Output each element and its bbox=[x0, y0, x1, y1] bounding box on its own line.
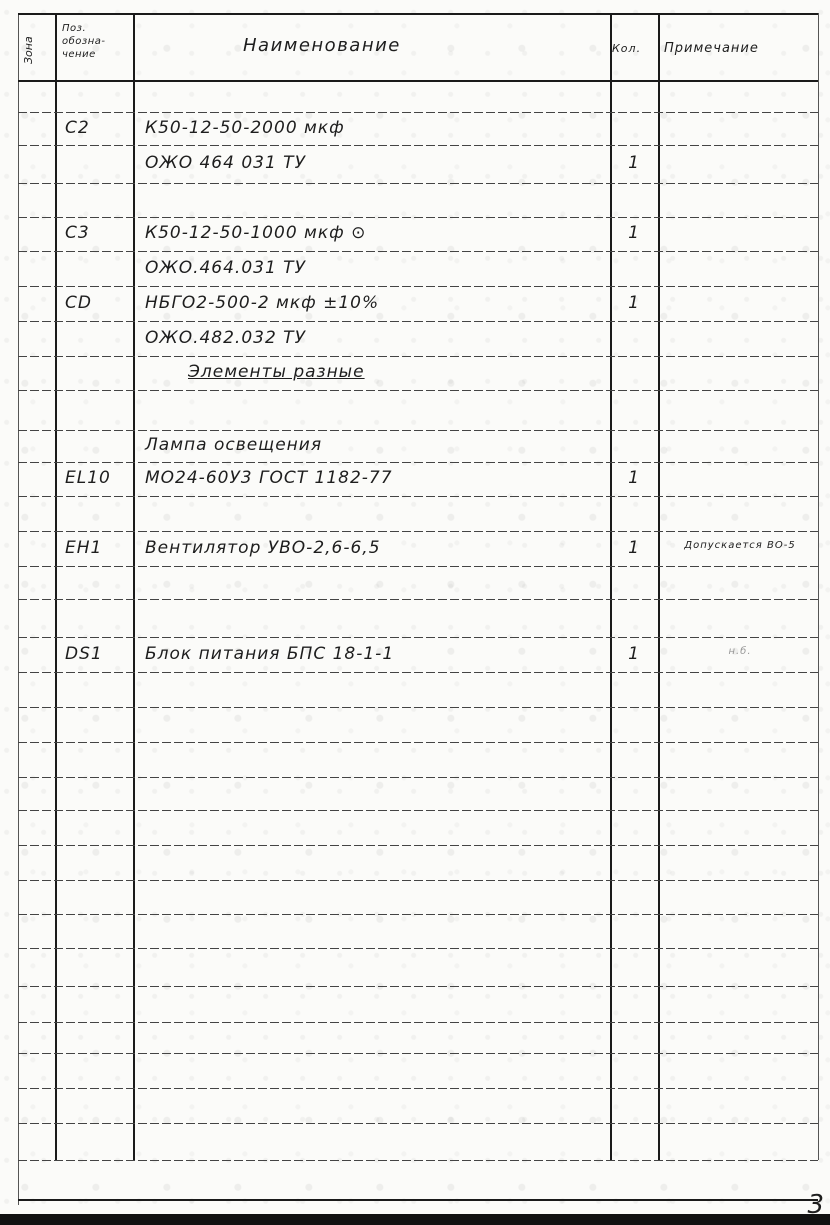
row-rule bbox=[18, 986, 818, 987]
row-rule bbox=[18, 217, 818, 218]
row-rule bbox=[18, 1053, 818, 1054]
header-note: Примечание bbox=[664, 41, 759, 56]
row-note: Допускается ВО-5 bbox=[660, 540, 820, 551]
header-position: Поз. обозна- чение bbox=[62, 22, 106, 61]
row-item-name: ОЖО.464.031 ТУ bbox=[145, 258, 306, 278]
row-rule bbox=[18, 637, 818, 638]
row-position-designation: C3 bbox=[65, 223, 90, 243]
row-rule bbox=[18, 183, 818, 184]
row-item-name: К50-12-50-2000 мкф bbox=[145, 118, 345, 138]
column-rule bbox=[55, 13, 57, 1160]
row-item-name: МО24-60У3 ГОСТ 1182-77 bbox=[145, 468, 393, 488]
specification-sheet: Зона Поз. обозна- чение Наименование Кол… bbox=[0, 0, 830, 1225]
row-position-designation: DS1 bbox=[65, 644, 103, 664]
row-rule bbox=[18, 462, 818, 463]
row-quantity: 1 bbox=[614, 644, 654, 664]
column-rule bbox=[658, 13, 660, 1160]
row-rule bbox=[18, 251, 818, 252]
row-rule bbox=[18, 1022, 818, 1023]
row-rule bbox=[18, 80, 818, 82]
scan-edge bbox=[0, 1214, 830, 1225]
row-rule bbox=[18, 390, 818, 391]
row-rule bbox=[18, 599, 818, 600]
row-position-designation: EL10 bbox=[65, 468, 111, 488]
row-rule bbox=[18, 1123, 818, 1124]
row-rule bbox=[18, 707, 818, 708]
row-quantity: 1 bbox=[614, 538, 654, 558]
row-position-designation: CD bbox=[65, 293, 92, 313]
row-rule bbox=[18, 777, 818, 778]
row-rule bbox=[18, 286, 818, 287]
row-rule bbox=[18, 948, 818, 949]
row-rule bbox=[18, 1160, 818, 1161]
row-rule bbox=[18, 356, 818, 357]
header-position-line-2: обозна- bbox=[62, 35, 106, 48]
row-item-name: НБГО2-500-2 мкф ±10% bbox=[145, 293, 379, 313]
row-rule bbox=[18, 531, 818, 532]
header-quantity: Кол. bbox=[612, 42, 641, 55]
row-item-name: Лампа освещения bbox=[145, 435, 322, 455]
row-rule bbox=[18, 1088, 818, 1089]
row-quantity: 1 bbox=[614, 468, 654, 488]
row-rule bbox=[18, 810, 818, 811]
header-name: Наименование bbox=[243, 35, 401, 56]
row-rule bbox=[18, 1199, 818, 1201]
row-position-designation: C2 bbox=[65, 118, 90, 138]
header-zone: Зона bbox=[22, 36, 35, 64]
row-item-name: К50-12-50-1000 мкф ⊙ bbox=[145, 223, 366, 243]
row-item-name: Вентилятор УВО-2,6-6,5 bbox=[145, 538, 381, 558]
header-position-line-3: чение bbox=[62, 48, 106, 61]
row-rule bbox=[18, 880, 818, 881]
row-item-name: Элементы разные bbox=[188, 362, 365, 382]
row-rule bbox=[18, 321, 818, 322]
row-item-name: ОЖО.482.032 ТУ bbox=[145, 328, 306, 348]
row-note: н.б. bbox=[660, 646, 820, 657]
row-rule bbox=[18, 672, 818, 673]
row-rule bbox=[18, 566, 818, 567]
row-rule bbox=[18, 496, 818, 497]
row-quantity: 1 bbox=[614, 293, 654, 313]
row-position-designation: EH1 bbox=[65, 538, 102, 558]
column-rule bbox=[610, 13, 612, 1160]
row-rule bbox=[18, 845, 818, 846]
column-rule bbox=[818, 13, 819, 1160]
row-item-name: Блок питания БПС 18-1-1 bbox=[145, 644, 394, 664]
row-quantity: 1 bbox=[614, 223, 654, 243]
row-quantity: 1 bbox=[614, 153, 654, 173]
row-rule bbox=[18, 112, 818, 113]
row-rule bbox=[18, 742, 818, 743]
row-rule bbox=[18, 914, 818, 915]
row-rule bbox=[18, 430, 818, 431]
row-rule bbox=[18, 13, 818, 15]
row-rule bbox=[18, 145, 818, 146]
column-rule bbox=[18, 13, 19, 1205]
column-rule bbox=[133, 13, 135, 1160]
header-position-line-1: Поз. bbox=[62, 22, 106, 35]
row-item-name: ОЖО 464 031 ТУ bbox=[145, 153, 306, 173]
